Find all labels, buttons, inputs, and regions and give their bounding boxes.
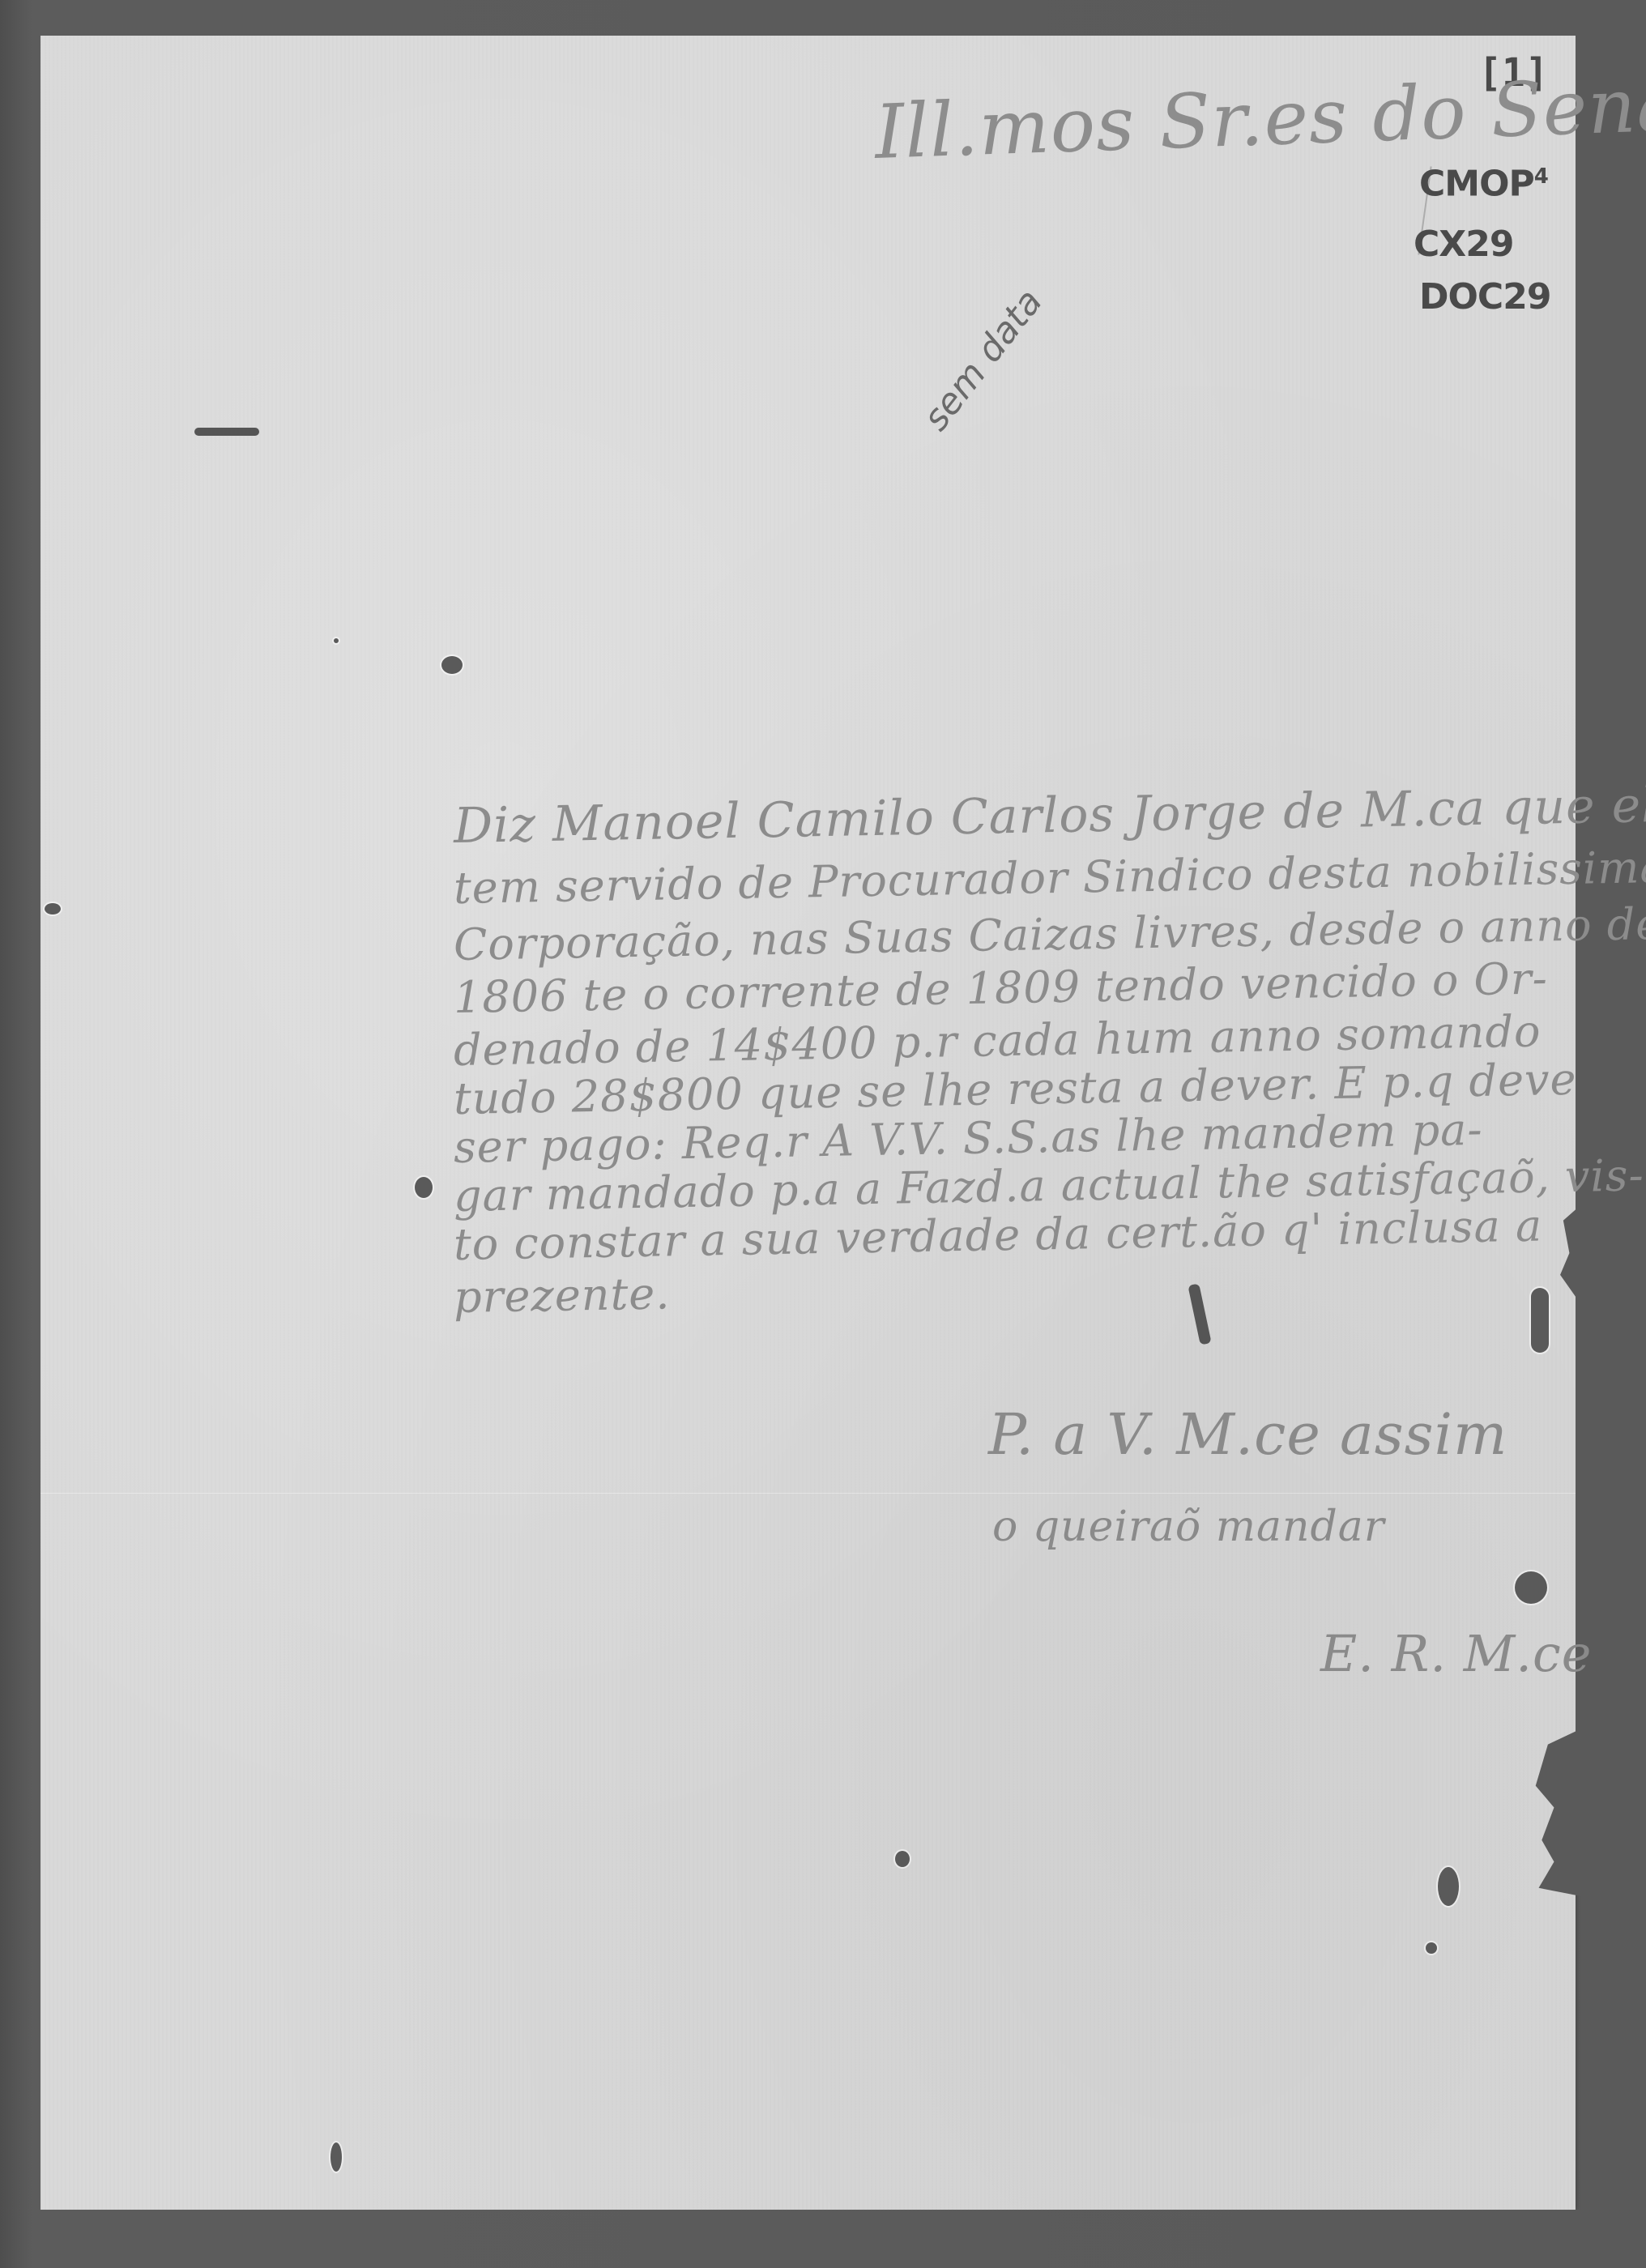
closing-abbreviation: E. R. M.ce (1320, 1624, 1592, 1683)
wormhole-blot (1438, 1867, 1459, 1906)
archival-ref-box: CX29 (1414, 227, 1513, 262)
speck-blot (334, 638, 339, 643)
fold-crease (41, 1493, 1576, 1494)
archival-ref-collection-sup: 4 (1534, 164, 1548, 189)
wormhole-blot (895, 1851, 910, 1867)
edge-tear (1531, 1288, 1549, 1353)
wormhole-blot (415, 1177, 433, 1198)
archival-ref-collection-text: CMOP (1419, 164, 1534, 205)
body-line-10: prezente. (453, 1268, 670, 1323)
closing-line-2: o queiraõ mandar (992, 1503, 1385, 1551)
edge-tear (45, 903, 61, 914)
archival-ref-collection: CMOP4 (1419, 166, 1548, 202)
wormhole-blot (330, 2142, 342, 2172)
wormhole-blot (441, 656, 463, 674)
wormhole-blot (1426, 1942, 1437, 1954)
ink-dash-mark (194, 428, 259, 436)
archival-ref-doc: DOC29 (1419, 279, 1550, 315)
closing-line-1: P. a V. M.ce assim (988, 1401, 1507, 1468)
edge-tear (1515, 1571, 1547, 1604)
